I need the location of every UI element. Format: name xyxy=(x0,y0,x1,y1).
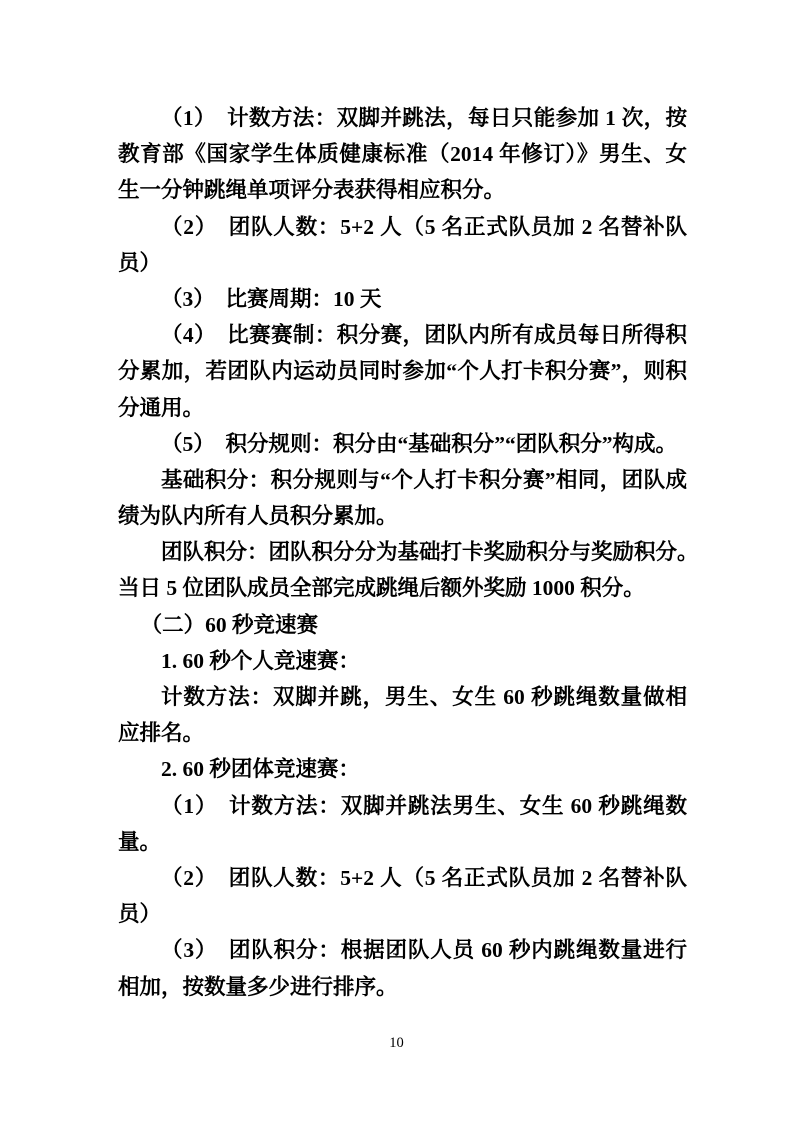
text-line: 基础积分：积分规则与“个人打卡积分赛”相同，团队成 xyxy=(118,462,687,498)
text-line: （4） 比赛赛制：积分赛，团队内所有成员每日所得积 xyxy=(118,317,687,353)
text-line: （5） 积分规则：积分由“基础积分”“团队积分”构成。 xyxy=(118,426,687,462)
text-line: （1） 计数方法：双脚并跳法男生、女生 60 秒跳绳数 xyxy=(118,788,687,824)
text-line: （3） 比赛周期：10 天 xyxy=(118,281,687,317)
text-line: 分通用。 xyxy=(118,390,687,426)
text-line: 1. 60 秒个人竞速赛： xyxy=(118,643,687,679)
text-line: （二）60 秒竞速赛 xyxy=(118,607,687,643)
text-line: 量。 xyxy=(118,824,687,860)
document-body: （1） 计数方法：双脚并跳法，每日只能参加 1 次，按教育部《国家学生体质健康标… xyxy=(118,100,687,1005)
text-line: 分累加，若团队内运动员同时参加“个人打卡积分赛”，则积 xyxy=(118,353,687,389)
text-line: （2） 团队人数：5+2 人（5 名正式队员加 2 名替补队 xyxy=(118,209,687,245)
text-line: 教育部《国家学生体质健康标准（2014 年修订）》男生、女 xyxy=(118,136,687,172)
document-page: （1） 计数方法：双脚并跳法，每日只能参加 1 次，按教育部《国家学生体质健康标… xyxy=(0,0,793,1122)
text-line: （1） 计数方法：双脚并跳法，每日只能参加 1 次，按 xyxy=(118,100,687,136)
text-line: 员） xyxy=(118,245,687,281)
text-line: 员） xyxy=(118,896,687,932)
text-line: 应排名。 xyxy=(118,715,687,751)
text-line: （2） 团队人数：5+2 人（5 名正式队员加 2 名替补队 xyxy=(118,860,687,896)
text-line: 绩为队内所有人员积分累加。 xyxy=(118,498,687,534)
text-line: 当日 5 位团队成员全部完成跳绳后额外奖励 1000 积分。 xyxy=(118,570,687,606)
text-line: 生一分钟跳绳单项评分表获得相应积分。 xyxy=(118,172,687,208)
text-line: （3） 团队积分：根据团队人员 60 秒内跳绳数量进行 xyxy=(118,932,687,968)
text-line: 团队积分：团队积分分为基础打卡奖励积分与奖励积分。 xyxy=(118,534,687,570)
text-line: 相加，按数量多少进行排序。 xyxy=(118,969,687,1005)
text-line: 2. 60 秒团体竞速赛： xyxy=(118,751,687,787)
page-number: 10 xyxy=(0,1034,793,1052)
text-line: 计数方法：双脚并跳，男生、女生 60 秒跳绳数量做相 xyxy=(118,679,687,715)
